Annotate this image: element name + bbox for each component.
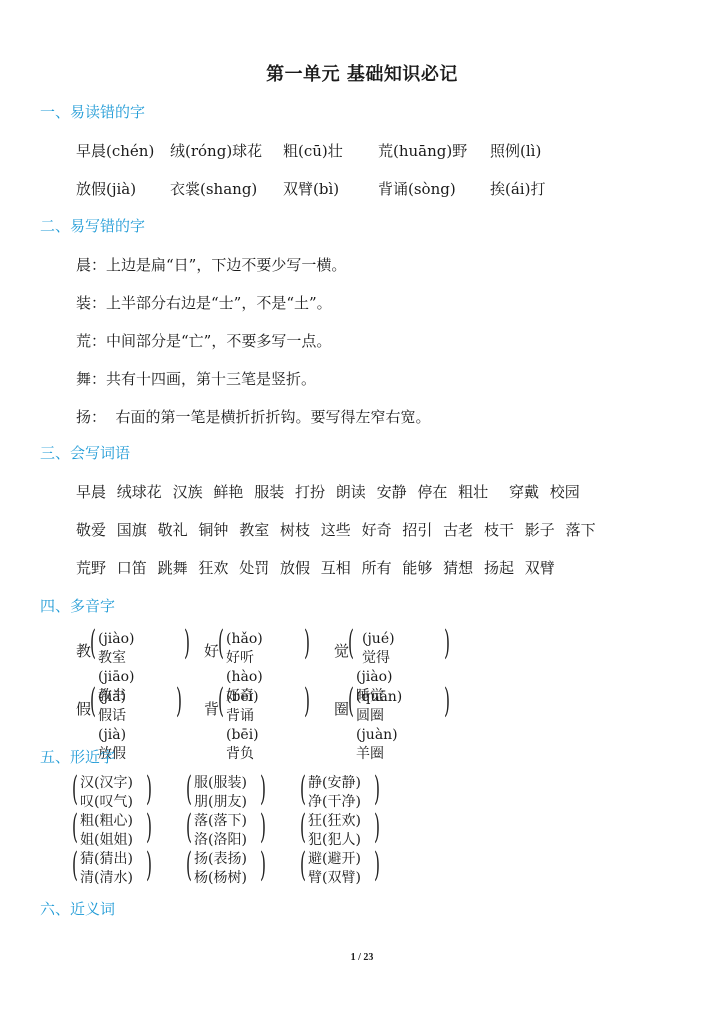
similar-char-group: ( 避(避开) 臂(双臂) ) <box>308 850 361 887</box>
left-brace-icon: ( <box>72 848 78 882</box>
word: 打扮 <box>295 483 325 501</box>
word: 服装 <box>254 483 284 501</box>
similar-char-group: ( 汉(汉字) 叹(叹气) ) <box>80 774 133 811</box>
similar-char: 静(安静) <box>308 774 361 793</box>
similar-char-group: ( 落(落下) 洛(洛阳) ) <box>194 812 247 849</box>
word: 停在 <box>417 483 447 501</box>
left-brace-icon: ( <box>186 810 192 844</box>
polyphone-char: 教 <box>76 640 91 661</box>
word-item: 早晨(chén) <box>76 140 154 161</box>
word: 能够 <box>402 559 432 577</box>
similar-char-group: ( 服(服装) 朋(朋友) ) <box>194 774 247 811</box>
polyphone-char: 假 <box>76 698 91 719</box>
note-line: 荒：中间部分是“亡”，不要多写一点。 <box>76 330 331 351</box>
right-brace-icon: ) <box>260 772 266 806</box>
left-brace-icon: ( <box>300 772 306 806</box>
right-brace-icon: ) <box>444 684 450 718</box>
similar-char: 汉(汉字) <box>80 774 133 793</box>
polyphone-char: 好 <box>204 640 219 661</box>
similar-char: 杨(杨树) <box>194 869 247 888</box>
section-heading-6: 六、近义词 <box>40 898 115 919</box>
reading: (jiǎ)假话 <box>98 688 126 726</box>
right-brace-icon: ) <box>304 626 310 660</box>
left-brace-icon: ( <box>218 626 224 660</box>
word: 所有 <box>362 559 392 577</box>
right-brace-icon: ) <box>260 848 266 882</box>
word: 敬礼 <box>158 521 188 539</box>
similar-char: 狂(狂欢) <box>308 812 361 831</box>
section-heading-1: 一、易读错的字 <box>40 101 145 122</box>
word: 穿戴 <box>509 483 539 501</box>
word: 古老 <box>443 521 473 539</box>
word-row-1: 早晨 绒球花 汉族 鲜艳 服装 打扮 朗读 安静 停在 粗壮 穿戴 校园 <box>76 481 586 502</box>
reading: (quān)圆圈 <box>356 688 402 726</box>
right-brace-icon: ) <box>260 810 266 844</box>
left-brace-icon: ( <box>72 810 78 844</box>
similar-char-group: ( 扬(表扬) 杨(杨树) ) <box>194 850 247 887</box>
right-brace-icon: ) <box>146 772 152 806</box>
word: 国旗 <box>117 521 147 539</box>
left-brace-icon: ( <box>90 684 96 718</box>
word-item: 荒(huāng)野 <box>378 140 467 161</box>
word: 猜想 <box>443 559 473 577</box>
word: 口笛 <box>117 559 147 577</box>
word: 汉族 <box>173 483 203 501</box>
word: 教室 <box>239 521 269 539</box>
right-brace-icon: ) <box>176 684 182 718</box>
word: 校园 <box>550 483 580 501</box>
word-item: 绒(róng)球花 <box>170 140 262 161</box>
similar-char: 姐(姐姐) <box>80 831 133 850</box>
word: 绒球花 <box>117 483 162 501</box>
word-item: 衣裳(shang) <box>170 178 257 199</box>
word: 双臂 <box>525 559 555 577</box>
page-title: 第一单元 基础知识必记 <box>0 60 724 86</box>
similar-char: 扬(表扬) <box>194 850 247 869</box>
word-row-2: 敬爱 国旗 敬礼 铜钟 教室 树枝 这些 好奇 招引 古老 枝干 影子 落下 <box>76 519 602 540</box>
similar-char-group: ( 狂(狂欢) 犯(犯人) ) <box>308 812 361 849</box>
reading: (hǎo)好听 <box>226 630 263 668</box>
reading: (bēi)背负 <box>226 726 259 764</box>
similar-char: 臂(双臂) <box>308 869 361 888</box>
polyphone-char: 觉 <box>334 640 349 661</box>
left-brace-icon: ( <box>218 684 224 718</box>
similar-char-group: ( 猜(猜出) 清(清水) ) <box>80 850 133 887</box>
word: 早晨 <box>76 483 106 501</box>
page-number: 1 / 23 <box>0 952 724 963</box>
word: 影子 <box>525 521 555 539</box>
similar-char: 清(清水) <box>80 869 133 888</box>
word: 鲜艳 <box>213 483 243 501</box>
left-brace-icon: ( <box>72 772 78 806</box>
similar-char: 粗(粗心) <box>80 812 133 831</box>
right-brace-icon: ) <box>374 848 380 882</box>
word: 招引 <box>402 521 432 539</box>
word: 粗壮 <box>458 483 488 501</box>
similar-char: 洛(洛阳) <box>194 831 247 850</box>
right-brace-icon: ) <box>374 810 380 844</box>
word: 铜钟 <box>198 521 228 539</box>
left-brace-icon: ( <box>348 684 354 718</box>
word: 互相 <box>321 559 351 577</box>
note-line: 舞：共有十四画，第十三笔是竖折。 <box>76 368 316 389</box>
similar-char: 叹(叹气) <box>80 793 133 812</box>
word: 扬起 <box>484 559 514 577</box>
word-item: 双臂(bì) <box>283 178 339 199</box>
similar-char: 猜(猜出) <box>80 850 133 869</box>
left-brace-icon: ( <box>186 772 192 806</box>
word: 朗读 <box>336 483 366 501</box>
left-brace-icon: ( <box>348 626 354 660</box>
word: 跳舞 <box>158 559 188 577</box>
word: 好奇 <box>362 521 392 539</box>
left-brace-icon: ( <box>186 848 192 882</box>
reading: (jiào)教室 <box>98 630 135 668</box>
word: 这些 <box>321 521 351 539</box>
left-brace-icon: ( <box>300 848 306 882</box>
word: 狂欢 <box>198 559 228 577</box>
word-item: 粗(cū)壮 <box>283 140 343 161</box>
similar-char: 落(落下) <box>194 812 247 831</box>
right-brace-icon: ) <box>374 772 380 806</box>
polyphone-char: 圈 <box>334 698 349 719</box>
section-heading-5: 五、形近字 <box>40 746 115 767</box>
word: 荒野 <box>76 559 106 577</box>
similar-char: 服(服装) <box>194 774 247 793</box>
reading: (jué)觉得 <box>356 630 395 668</box>
polyphone-char: 背 <box>204 698 219 719</box>
note-line: 装：上半部分右边是“士”，不是“土”。 <box>76 292 332 313</box>
left-brace-icon: ( <box>300 810 306 844</box>
word: 放假 <box>280 559 310 577</box>
word: 落下 <box>566 521 596 539</box>
reading: (juàn)羊圈 <box>356 726 402 764</box>
word: 树枝 <box>280 521 310 539</box>
word: 安静 <box>377 483 407 501</box>
similar-char: 避(避开) <box>308 850 361 869</box>
reading: (bèi)背诵 <box>226 688 259 726</box>
right-brace-icon: ) <box>146 810 152 844</box>
right-brace-icon: ) <box>304 684 310 718</box>
left-brace-icon: ( <box>90 626 96 660</box>
word-item: 放假(jià) <box>76 178 136 199</box>
word-item: 背诵(sòng) <box>378 178 456 199</box>
similar-char: 犯(犯人) <box>308 831 361 850</box>
word-row-3: 荒野 口笛 跳舞 狂欢 处罚 放假 互相 所有 能够 猜想 扬起 双臂 <box>76 557 561 578</box>
section-heading-2: 二、易写错的字 <box>40 215 145 236</box>
note-line: 晨：上边是扁“日”，下边不要少写一横。 <box>76 254 346 275</box>
right-brace-icon: ) <box>146 848 152 882</box>
similar-char: 朋(朋友) <box>194 793 247 812</box>
section-heading-3: 三、会写词语 <box>40 442 130 463</box>
similar-char: 净(干净) <box>308 793 361 812</box>
word-item: 挨(ái)打 <box>490 178 545 199</box>
section-heading-4: 四、多音字 <box>40 595 115 616</box>
right-brace-icon: ) <box>184 626 190 660</box>
right-brace-icon: ) <box>444 626 450 660</box>
word: 枝干 <box>484 521 514 539</box>
similar-char-group: ( 粗(粗心) 姐(姐姐) ) <box>80 812 133 849</box>
word-item: 照例(lì) <box>490 140 541 161</box>
word: 处罚 <box>239 559 269 577</box>
similar-char-group: ( 静(安静) 净(干净) ) <box>308 774 361 811</box>
word: 敬爱 <box>76 521 106 539</box>
note-line: 扬： 右面的第一笔是横折折折钩。要写得左窄右宽。 <box>76 406 431 427</box>
